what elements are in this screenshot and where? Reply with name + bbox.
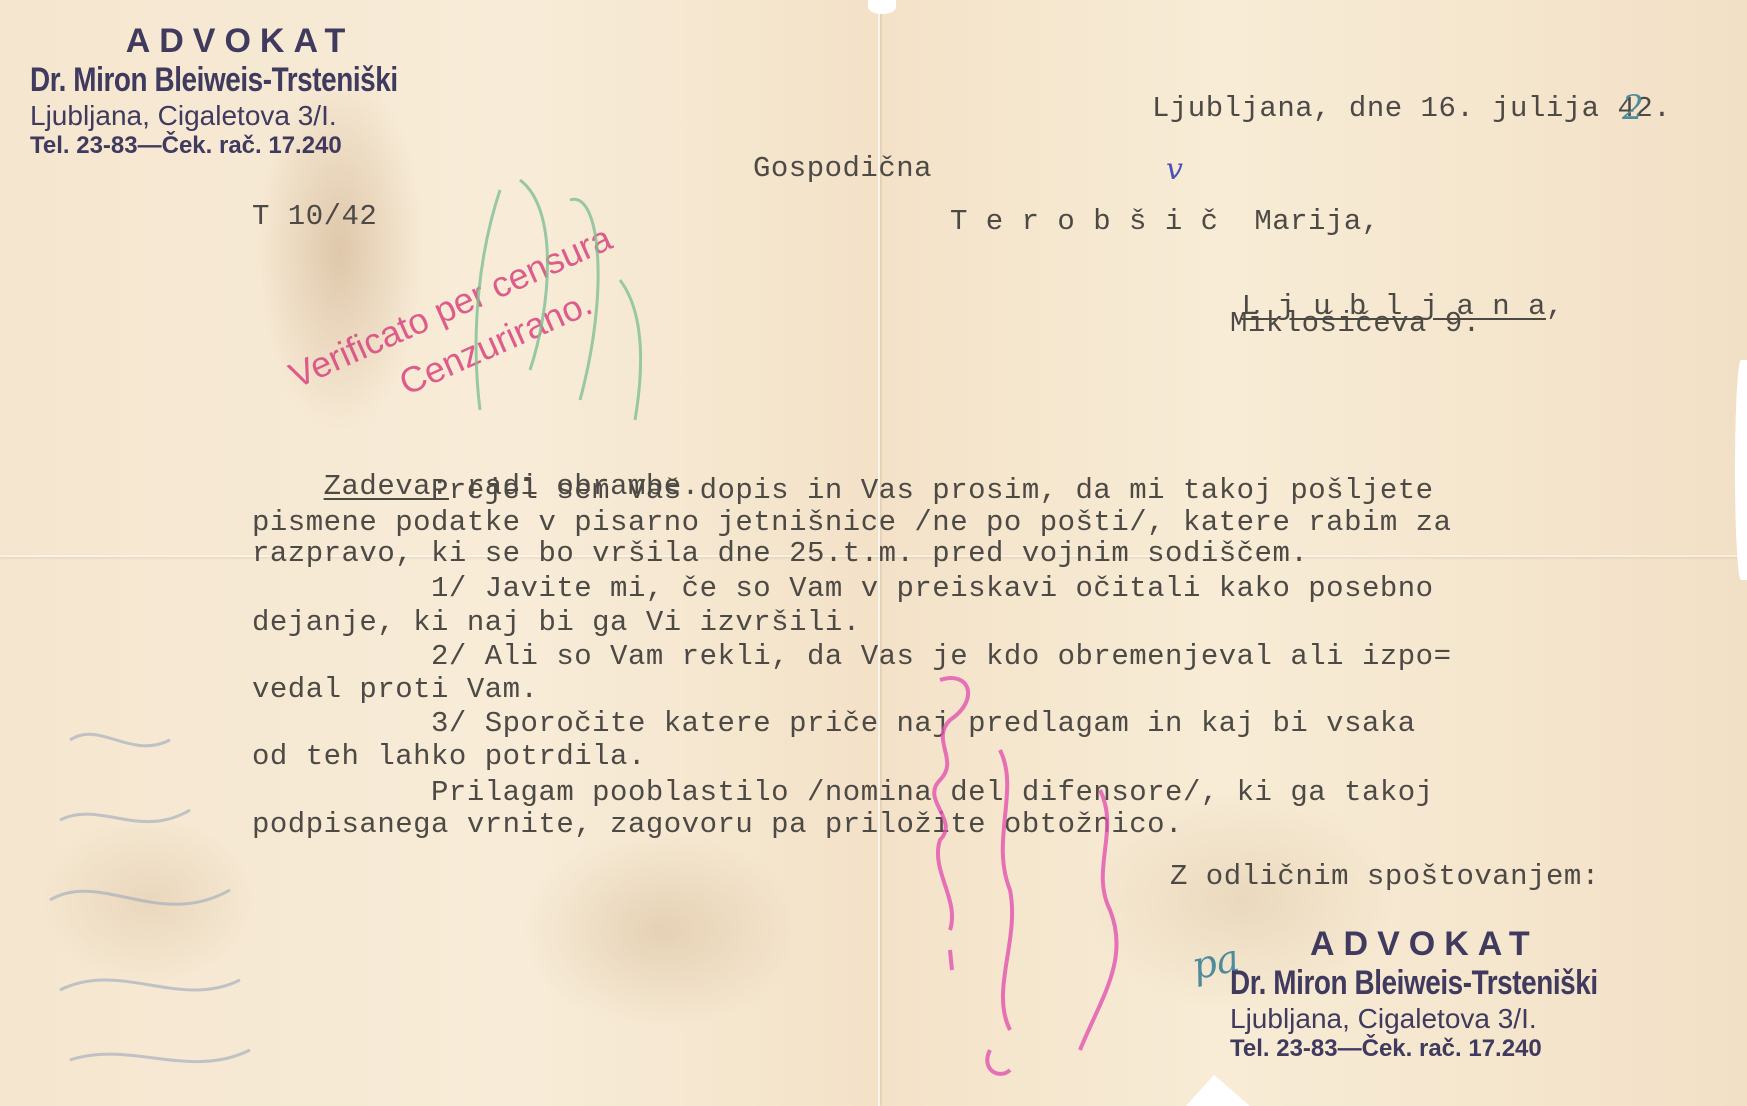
salutation: Gospodična bbox=[753, 152, 932, 185]
body-line: 2/ Ali so Vam rekli, da Vas je kdo obrem… bbox=[252, 640, 1452, 673]
body-line: pismene podatke v pisarno jetnišnice /ne… bbox=[252, 506, 1452, 539]
letterhead-stamp: ADVOKAT Dr. Miron Bleiweis-Trsteniški Lj… bbox=[30, 22, 450, 160]
paper-tear-right bbox=[1735, 360, 1747, 580]
green-pencil-scribble-icon bbox=[440, 170, 670, 430]
body-line: razpravo, ki se bo vršila dne 25.t.m. pr… bbox=[252, 537, 1308, 570]
letterhead-name: Dr. Miron Bleiweis-Trsteniški bbox=[30, 61, 374, 100]
check-mark-icon: v bbox=[1166, 152, 1183, 187]
faded-pencil-notes-icon bbox=[40, 700, 280, 1100]
signature-stamp-address: Ljubljana, Cigaletova 3/I. bbox=[1230, 1003, 1650, 1035]
signature-stamp-contact: Tel. 23-83—Ček. rač. 17.240 bbox=[1230, 1035, 1650, 1063]
body-line: od teh lahko potrdila. bbox=[252, 740, 646, 773]
body-line: 3/ Sporočite katere priče naj predlagam … bbox=[252, 707, 1416, 740]
recipient-city-comma: , bbox=[1546, 290, 1564, 323]
handwritten-year-digit: 2 bbox=[1622, 88, 1644, 128]
date-line: Ljubljana, dne 16. julija 42. bbox=[1152, 92, 1671, 125]
body-line: Prilagam pooblastilo /nomina del difenso… bbox=[252, 776, 1434, 809]
paper-tear-top bbox=[868, 0, 896, 14]
letterhead-contact: Tel. 23-83—Ček. rač. 17.240 bbox=[30, 132, 450, 160]
recipient-street: Miklošičeva 9. bbox=[1230, 307, 1481, 340]
letter-paper: ADVOKAT Dr. Miron Bleiweis-Trsteniški Lj… bbox=[0, 0, 1747, 1106]
signature-stamp: ADVOKAT Dr. Miron Bleiweis-Trsteniški Lj… bbox=[1230, 925, 1650, 1063]
letterhead-title: ADVOKAT bbox=[30, 22, 450, 61]
signature-stamp-title: ADVOKAT bbox=[1230, 925, 1650, 964]
reference-number: T 10/42 bbox=[252, 200, 377, 233]
body-line: 1/ Javite mi, če so Vam v preiskavi očit… bbox=[252, 572, 1434, 605]
closing-line: Z odličnim spoštovanjem: bbox=[1170, 860, 1600, 893]
signature-stamp-name: Dr. Miron Bleiweis-Trsteniški bbox=[1230, 964, 1574, 1003]
paper-tear-bottom bbox=[1170, 1075, 1250, 1106]
recipient-name: T e r o b š i č Marija, bbox=[950, 205, 1380, 238]
body-line: Prejel sem Vaš dopis in Vas prosim, da m… bbox=[252, 474, 1434, 507]
pink-handwriting-annotation-icon bbox=[900, 670, 1160, 1090]
letterhead-address: Ljubljana, Cigaletova 3/I. bbox=[30, 100, 450, 132]
body-line: vedal proti Vam. bbox=[252, 673, 538, 706]
body-line: dejanje, ki naj bi ga Vi izvršili. bbox=[252, 606, 861, 639]
